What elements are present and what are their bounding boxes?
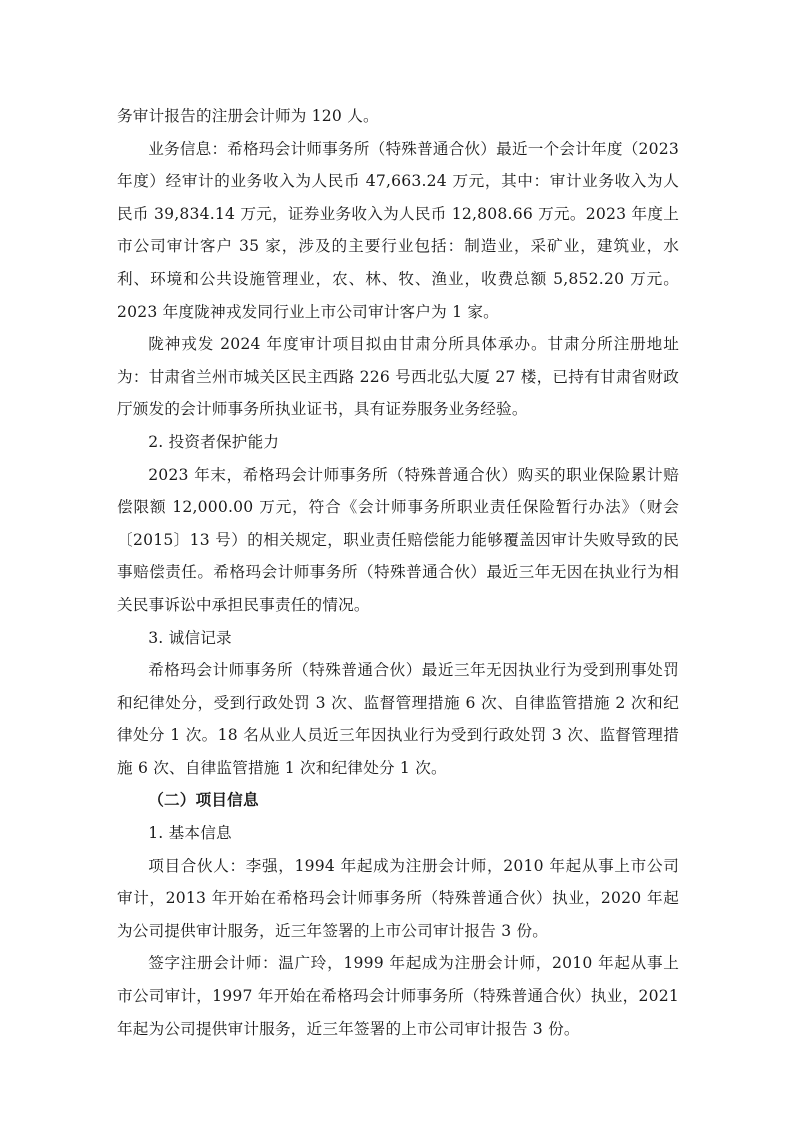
paragraph-gansu-branch: 陇神戎发 2024 年度审计项目拟由甘肃分所具体承办。甘肃分所注册地址为：甘肃省… <box>117 328 679 426</box>
paragraph-insurance: 2023 年末，希格玛会计师事务所（特殊普通合伙）购买的职业保险累计赔偿限额 1… <box>117 459 679 622</box>
document-page: 务审计报告的注册会计师为 120 人。 业务信息：希格玛会计师事务所（特殊普通合… <box>117 100 679 1045</box>
paragraph-integrity-record: 希格玛会计师事务所（特殊普通合伙）最近三年无因执业行为受到刑事处罚和纪律处分，受… <box>117 654 679 784</box>
paragraph-business-info: 业务信息：希格玛会计师事务所（特殊普通合伙）最近一个会计年度（2023 年度）经… <box>117 133 679 329</box>
section-heading-investor-protection: 2. 投资者保护能力 <box>117 426 679 459</box>
section-heading-integrity-record: 3. 诚信记录 <box>117 622 679 655</box>
section-heading-basic-info: 1. 基本信息 <box>117 817 679 850</box>
paragraph-signing-cpa: 签字注册会计师：温广玲，1999 年起成为注册会计师，2010 年起从事上市公司… <box>117 947 679 1045</box>
section-heading-project-info: （二）项目信息 <box>117 784 679 817</box>
paragraph-continuation: 务审计报告的注册会计师为 120 人。 <box>117 100 679 133</box>
paragraph-project-partner: 项目合伙人：李强，1994 年起成为注册会计师，2010 年起从事上市公司审计，… <box>117 850 679 948</box>
